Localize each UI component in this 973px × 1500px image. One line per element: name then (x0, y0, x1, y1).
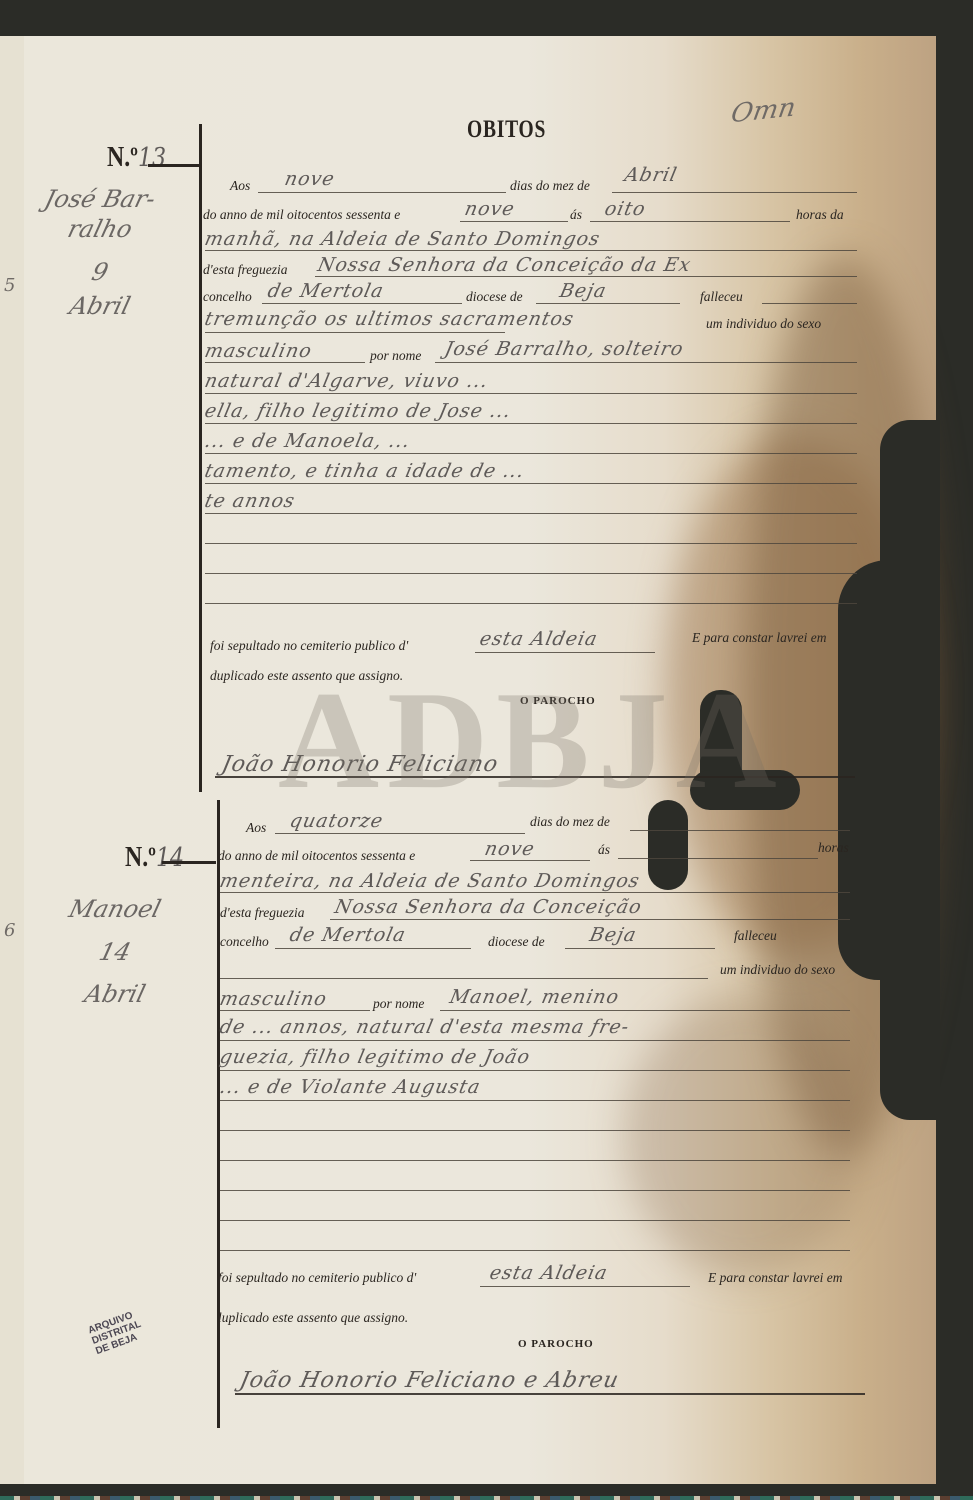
handwritten-line: ... e de Violante Augusta (218, 1076, 483, 1098)
number-underline (148, 164, 200, 167)
field-line (220, 1100, 850, 1101)
label-duplicate: duplicado este assento que assigno. (210, 668, 403, 684)
handwritten-line: te annos (203, 490, 298, 512)
edge-mark: 5 (4, 275, 15, 296)
margin-day: 9 (37, 258, 164, 286)
margin-name: José Bar- (37, 185, 164, 213)
field-hour: oito (603, 198, 648, 220)
burn-hole (648, 800, 688, 890)
field-parish: Nossa Senhora da Conceição (333, 896, 644, 918)
field-line (258, 192, 506, 193)
handwritten-line: natural d'Algarve, viuvo ... (203, 370, 491, 392)
label-hours-of: horas da (796, 207, 844, 223)
burn-hole (880, 420, 940, 1120)
field-parish: Nossa Senhora da Conceição da Ex (316, 254, 694, 276)
blank-line (220, 1250, 850, 1251)
blank-line (205, 603, 857, 604)
label-record: E para constar lavrei em (708, 1270, 842, 1286)
label-municipality: concelho (203, 289, 252, 305)
margin-name: ralho (37, 215, 164, 243)
blank-line (205, 543, 857, 544)
label-parish: d'esta freguezia (203, 262, 288, 278)
field-year: nove (483, 838, 537, 860)
label-month: dias do mez de (510, 178, 590, 194)
field-line (612, 192, 857, 193)
label-aos: Aos (246, 820, 266, 836)
column-rule (199, 124, 202, 792)
label-year: do anno de mil oitocentos sessenta e (203, 207, 400, 223)
field-line (220, 1070, 850, 1071)
column-rule (217, 800, 220, 1428)
field-line (590, 221, 790, 222)
blank-line (205, 573, 857, 574)
field-cemetery: esta Aldeia (478, 628, 600, 650)
field-cemetery: esta Aldeia (488, 1262, 610, 1284)
label-parish-priest: O PAROCHO (518, 1338, 594, 1350)
field-diocese: Beja (588, 924, 639, 946)
label-name: por nome (373, 996, 424, 1012)
handwritten-line: manhã, na Aldeia de Santo Domingos (203, 228, 603, 250)
field-line (315, 276, 857, 277)
number-prefix: N.º (107, 142, 138, 173)
label-sex: um individuo do sexo (706, 316, 821, 332)
label-record: E para constar lavrei em (692, 630, 826, 646)
field-line (618, 858, 818, 859)
label-died: falleceu (734, 928, 777, 944)
blank-line (220, 978, 708, 979)
handwritten-line: ella, filho legitimo de Jose ... (203, 400, 514, 422)
field-line (460, 221, 568, 222)
blank-line (220, 1130, 850, 1131)
field-line (330, 919, 850, 920)
field-line (205, 483, 857, 484)
field-day: quatorze (288, 810, 386, 832)
blank-line (220, 1190, 850, 1191)
field-line (275, 833, 525, 834)
field-line (630, 830, 850, 831)
field-line (262, 303, 462, 304)
field-line (762, 303, 857, 304)
document-title: OBITOS (467, 116, 546, 144)
handwritten-line: ... e de Manoela, ... (203, 430, 413, 452)
field-line (220, 892, 850, 893)
blank-line (220, 1220, 850, 1221)
signature-line (215, 776, 855, 778)
label-parish: d'esta freguezia (220, 905, 305, 921)
priest-signature: João Honorio Feliciano e Abreu (237, 1368, 621, 1393)
margin-name: Manoel (52, 895, 179, 923)
label-burial: foi sepultado no cemiterio publico d' (210, 638, 408, 654)
field-line (205, 513, 857, 514)
field-line (435, 362, 857, 363)
label-duplicate: luplicado este assento que assigno. (218, 1310, 408, 1326)
field-sex: masculino (203, 340, 314, 362)
field-line (205, 250, 857, 251)
label-burial: foi sepultado no cemiterio publico d' (218, 1270, 416, 1286)
handwritten-line: menteira, na Aldeia de Santo Domingos (218, 870, 642, 892)
label-aos: Aos (230, 178, 250, 194)
field-line (440, 1010, 850, 1011)
handwritten-line: de ... annos, natural d'esta mesma fre- (218, 1016, 632, 1038)
blank-line (220, 1160, 850, 1161)
field-line (205, 423, 857, 424)
field-line (205, 332, 505, 333)
field-municipality: de Mertola (288, 924, 408, 946)
field-day: nove (283, 168, 337, 190)
field-line (565, 948, 715, 949)
field-line (220, 1040, 850, 1041)
number-underline (162, 861, 216, 864)
field-line (480, 1286, 690, 1287)
label-parish-priest: O PAROCHO (520, 695, 596, 707)
field-diocese: Beja (558, 280, 609, 302)
field-municipality: de Mertola (266, 280, 386, 302)
facing-page-edge (0, 36, 26, 1484)
handwritten-line: tremunção os ultimos sacramentos (203, 308, 577, 330)
field-month: Abril (623, 164, 680, 186)
label-died: falleceu (700, 289, 743, 305)
field-line (536, 303, 680, 304)
label-hour: ás (598, 842, 610, 858)
field-year: nove (463, 198, 517, 220)
field-name: Manoel, menino (448, 986, 622, 1008)
field-name: José Barralho, solteiro (443, 338, 686, 360)
field-line (205, 453, 857, 454)
number-prefix: N.º (125, 842, 156, 873)
label-name: por nome (370, 348, 421, 364)
label-municipality: concelho (220, 934, 269, 950)
label-diocese: diocese de (466, 289, 523, 305)
priest-signature: João Honorio Feliciano (219, 752, 500, 777)
field-line (205, 393, 857, 394)
entry-number: 13 (138, 143, 166, 173)
label-hours: horas (818, 840, 849, 856)
field-sex: masculino (218, 988, 329, 1010)
signature-line (235, 1393, 865, 1395)
field-line (205, 362, 365, 363)
label-hour: ás (570, 207, 582, 223)
field-line (220, 1010, 370, 1011)
label-month: dias do mez de (530, 814, 610, 830)
handwritten-line: tamento, e tinha a idade de ... (203, 460, 527, 482)
entry-number: 14 (156, 843, 184, 873)
label-diocese: diocese de (488, 934, 545, 950)
margin-month: Abril (52, 980, 179, 1008)
handwritten-line: guezia, filho legitimo de João (218, 1046, 533, 1068)
margin-month: Abril (37, 292, 164, 320)
field-line (275, 948, 471, 949)
edge-mark: 6 (4, 920, 15, 941)
scan-calibration-strip (0, 1496, 973, 1500)
label-sex: um individuo do sexo (720, 962, 835, 978)
field-line (470, 860, 590, 861)
stain (624, 996, 864, 1276)
field-line (475, 652, 655, 653)
margin-day: 14 (52, 938, 179, 966)
label-year: do anno de mil oitocentos sessenta e (218, 848, 415, 864)
